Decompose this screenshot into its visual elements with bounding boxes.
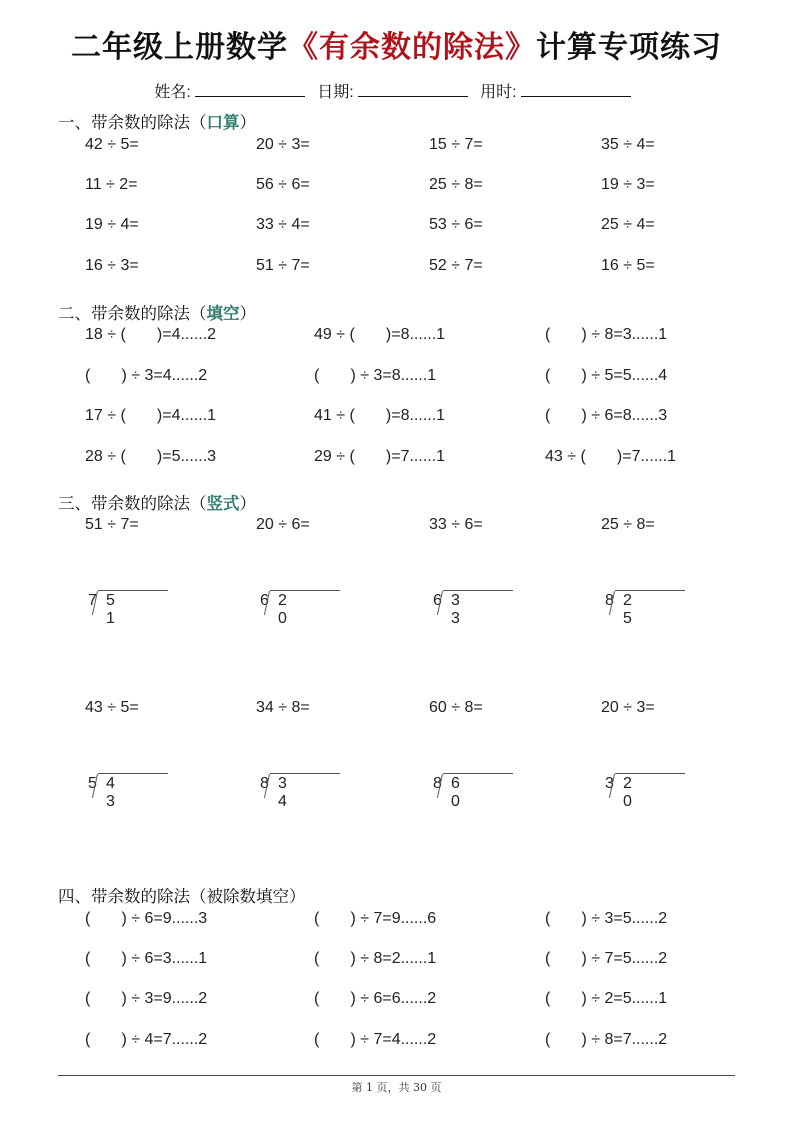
paren-open: （ [190,304,207,323]
problem: ( ) ÷ 7=4......2 [314,1031,436,1049]
problem: 20 ÷ 3= [601,699,655,717]
dividend: 2 0 [278,592,293,628]
problem: ( ) ÷ 7=5......2 [545,950,667,968]
section-3-tag: 竖式 [207,494,240,513]
date-field[interactable] [358,82,468,97]
problem: ( ) ÷ 2=5......1 [545,990,667,1008]
dividend: 2 0 [623,775,638,811]
problem: 41 ÷ ( )=8......1 [314,407,445,425]
dividend: 5 1 [106,592,121,628]
page-number: 第 1 页，共 30 页 [0,1079,793,1095]
section-1-title: 一、带余数的除法（口算） [58,109,256,133]
problem: 51 ÷ 7= [256,257,310,275]
problem: ( ) ÷ 8=2......1 [314,950,436,968]
student-info-row: 姓名: 日期: 用时: [0,79,793,102]
problem: 20 ÷ 3= [256,136,310,154]
problem: 43 ÷ ( )=7......1 [545,448,676,466]
problem: 34 ÷ 8= [256,699,310,717]
name-field[interactable] [195,82,305,97]
dividend: 4 3 [106,775,121,811]
title-suffix: 计算专项练习 [536,30,722,65]
problem: ( ) ÷ 8=7......2 [545,1031,667,1049]
problem: 16 ÷ 5= [601,257,655,275]
problem: 33 ÷ 6= [429,516,483,534]
problem: 17 ÷ ( )=4......1 [85,407,216,425]
section-3-title: 三、带余数的除法（竖式） [58,490,256,514]
problem: 19 ÷ 3= [601,176,655,194]
time-label: 用时: [480,84,516,101]
problem: 51 ÷ 7= [85,516,139,534]
problem: ( ) ÷ 6=8......3 [545,407,667,425]
problem: ( ) ÷ 3=8......1 [314,367,436,385]
dividend: 2 5 [623,592,638,628]
paren-open: （ [190,113,207,132]
dividend: 3 3 [451,592,466,628]
section-4-title: 四、带余数的除法（被除数填空） [58,883,306,907]
problem: 43 ÷ 5= [85,699,139,717]
section-2-heading: 二、带余数的除法 [58,304,190,323]
problem: 52 ÷ 7= [429,257,483,275]
name-label: 姓名: [154,84,190,101]
problem: ( ) ÷ 3=5......2 [545,910,667,928]
problem: 60 ÷ 8= [429,699,483,717]
section-2-tag: 填空 [207,304,240,323]
title-prefix: 二年级上册数学 [71,30,288,65]
worksheet-title: 二年级上册数学《有余数的除法》计算专项练习 [0,22,793,66]
section-1-heading: 一、带余数的除法 [58,113,190,132]
problem: 16 ÷ 3= [85,257,139,275]
section-2-title: 二、带余数的除法（填空） [58,300,256,324]
problem: ( ) ÷ 6=6......2 [314,990,436,1008]
problem: ( ) ÷ 8=3......1 [545,326,667,344]
dividend: 3 4 [278,775,293,811]
problem: 25 ÷ 8= [601,516,655,534]
paren-close: ） [240,113,257,132]
problem: 18 ÷ ( )=4......2 [85,326,216,344]
problem: ( ) ÷ 3=9......2 [85,990,207,1008]
problem: 53 ÷ 6= [429,216,483,234]
title-highlight: 《有余数的除法》 [288,30,536,65]
problem: 20 ÷ 6= [256,516,310,534]
section-4-heading: 四、带余数的除法（被除数填空） [58,887,306,906]
problem: 25 ÷ 4= [601,216,655,234]
dividend: 6 0 [451,775,466,811]
problem: 28 ÷ ( )=5......3 [85,448,216,466]
date-label: 日期: [317,84,353,101]
problem: ( ) ÷ 6=9......3 [85,910,207,928]
footer-divider [58,1075,735,1076]
problem: 29 ÷ ( )=7......1 [314,448,445,466]
problem: 33 ÷ 4= [256,216,310,234]
problem: 49 ÷ ( )=8......1 [314,326,445,344]
section-1-tag: 口算 [207,113,240,132]
problem: 19 ÷ 4= [85,216,139,234]
problem: ( ) ÷ 6=3......1 [85,950,207,968]
problem: 56 ÷ 6= [256,176,310,194]
problem: 25 ÷ 8= [429,176,483,194]
problem: 42 ÷ 5= [85,136,139,154]
problem: 35 ÷ 4= [601,136,655,154]
paren-close: ） [240,304,257,323]
problem: 11 ÷ 2= [85,176,138,194]
problem: ( ) ÷ 5=5......4 [545,367,667,385]
paren-close: ） [240,494,257,513]
problem: ( ) ÷ 3=4......2 [85,367,207,385]
problem: ( ) ÷ 4=7......2 [85,1031,207,1049]
time-field[interactable] [521,82,631,97]
problem: ( ) ÷ 7=9......6 [314,910,436,928]
problem: 15 ÷ 7= [429,136,483,154]
section-3-heading: 三、带余数的除法 [58,494,190,513]
paren-open: （ [190,494,207,513]
